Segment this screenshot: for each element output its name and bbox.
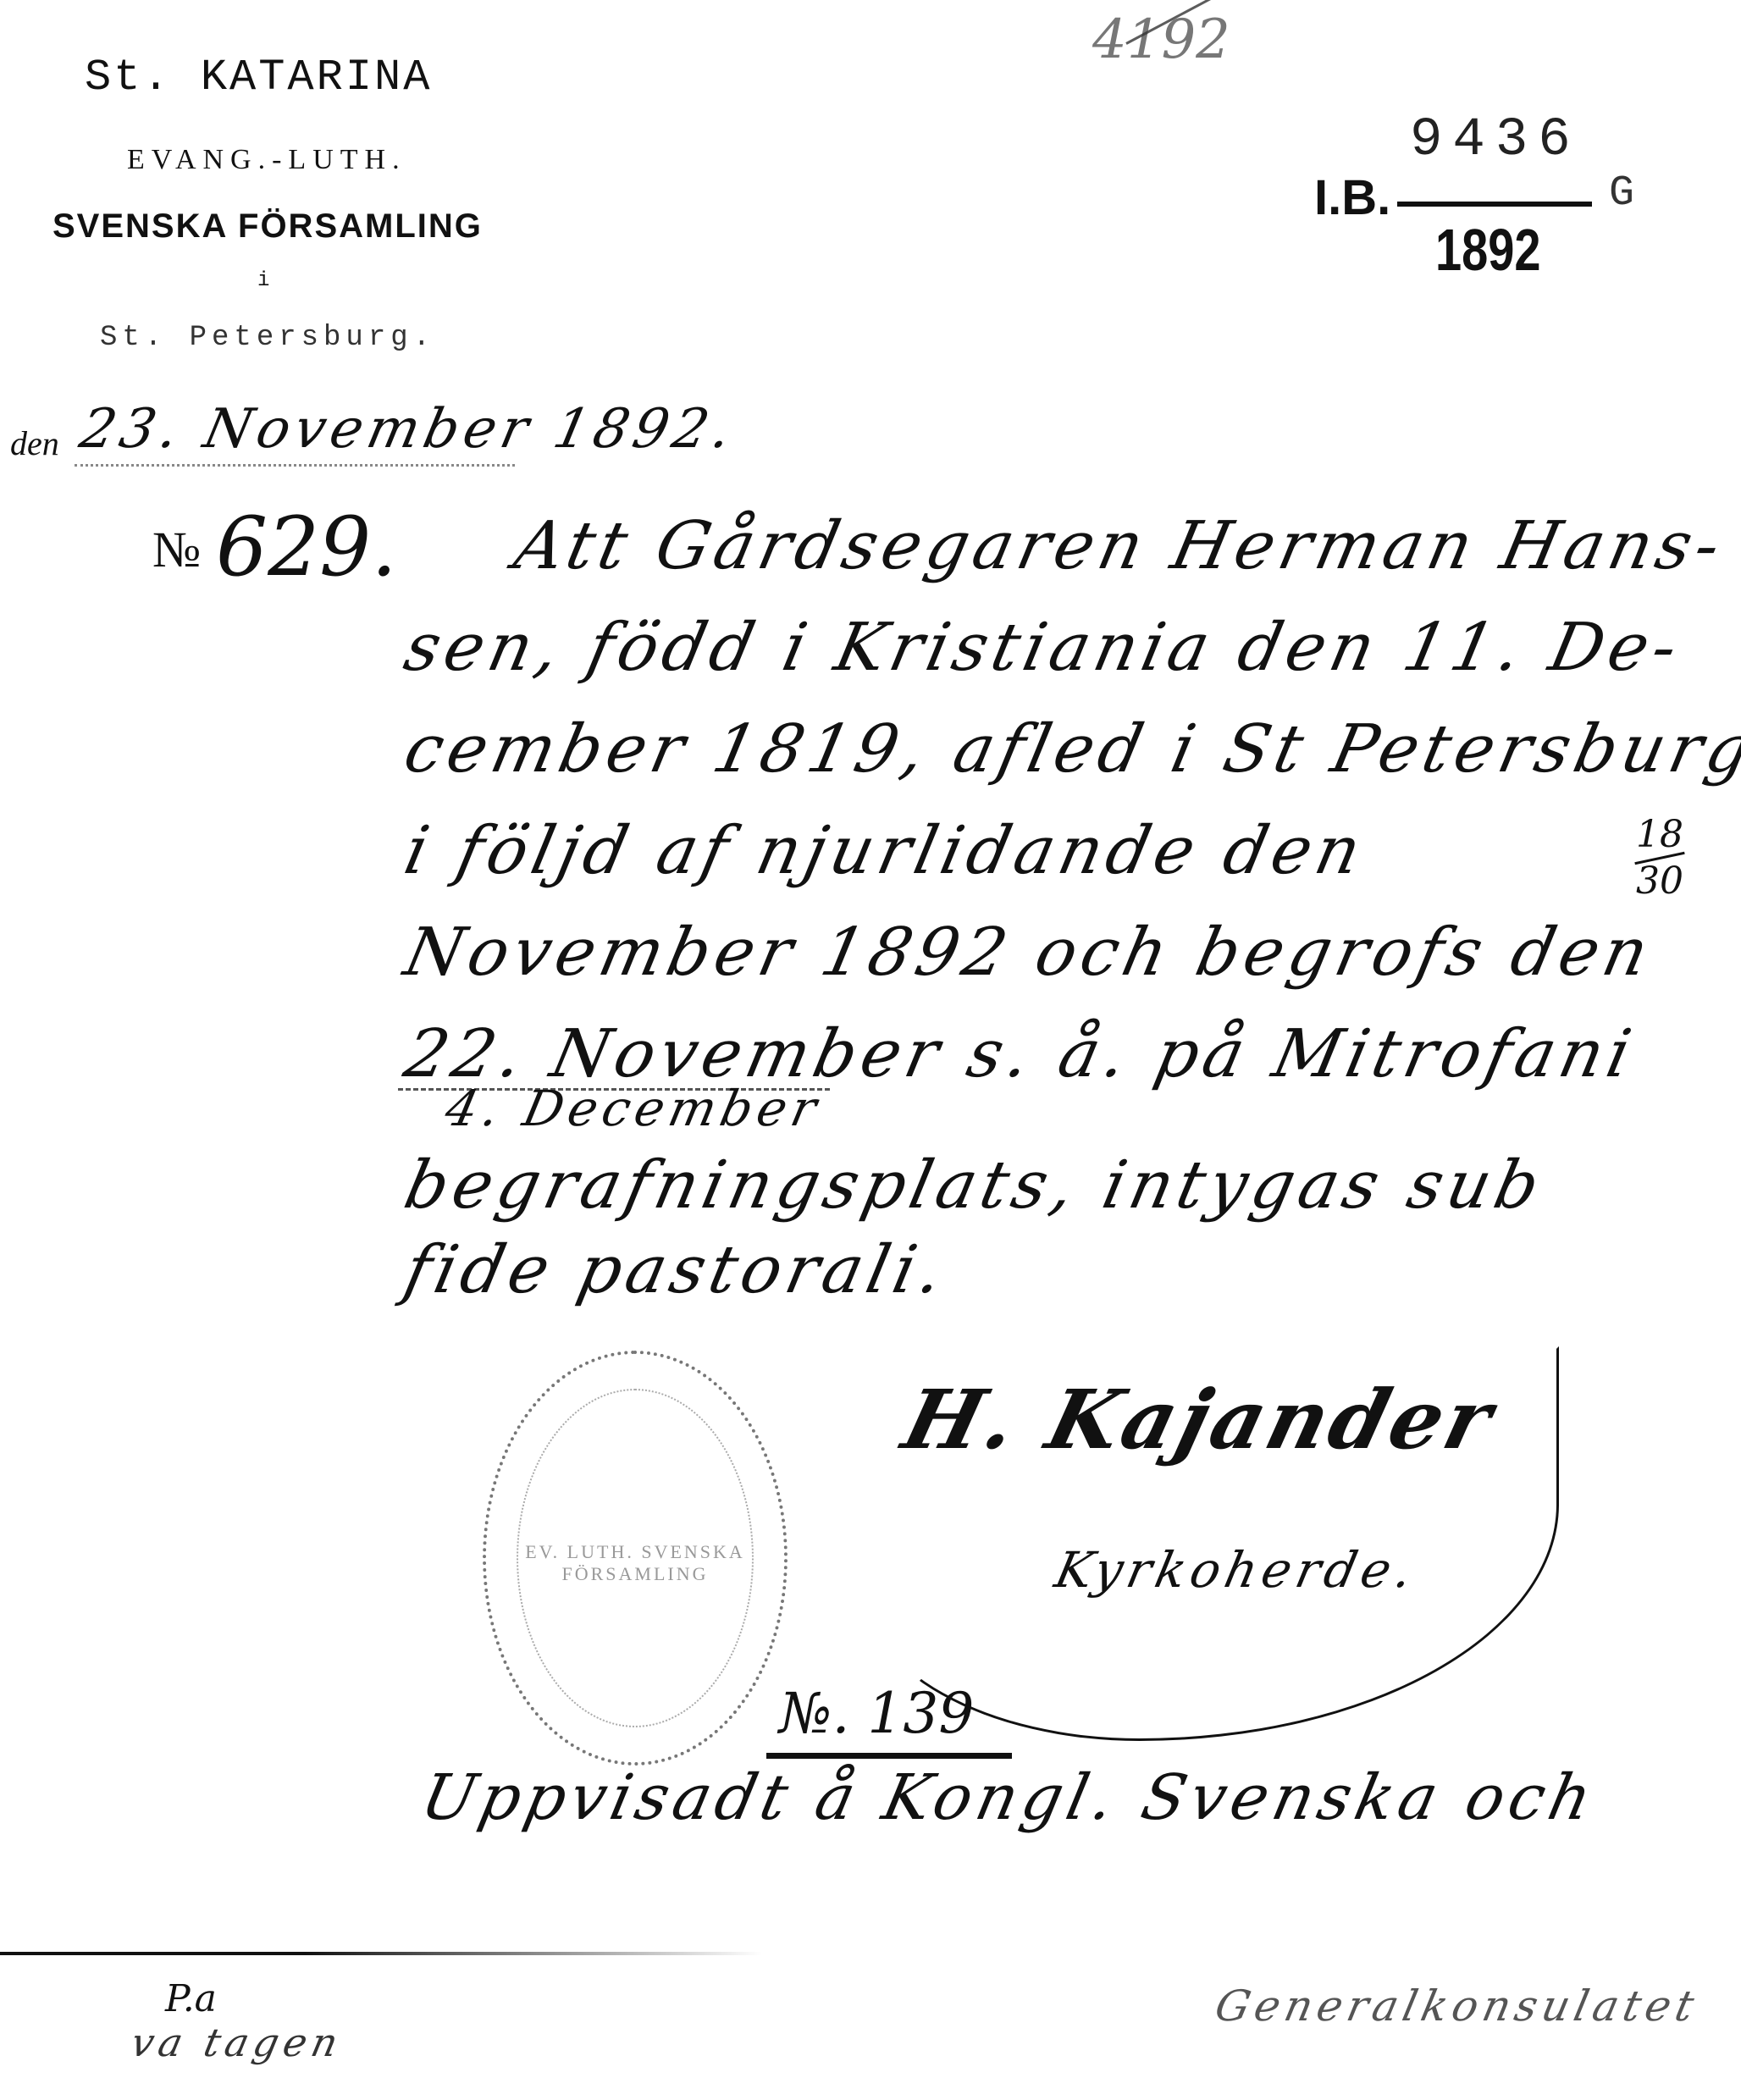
stamp-prefix: I.B.: [1314, 169, 1390, 226]
date-value: 23. November 1892.: [75, 398, 742, 461]
footer-left-superscript: P.a: [165, 1977, 217, 2020]
fraction-numerator: 18: [1636, 813, 1683, 856]
date-label: den: [10, 423, 59, 463]
stamp-suffix: G: [1609, 169, 1634, 218]
pencil-annotation: 4192: [1092, 8, 1230, 71]
letterhead-congregation: SVENSKA FÖRSAMLING: [53, 207, 483, 246]
inserted-note: 4. December: [440, 1080, 826, 1137]
letterhead-preposition: i: [257, 269, 269, 292]
footer-left-text: va tagen: [127, 2020, 347, 2065]
date-fraction: 18 30: [1634, 813, 1685, 904]
signature-title: Kyrkoherde.: [1050, 1541, 1423, 1599]
date-dotted-rule: [75, 464, 515, 467]
stamp-divider: [1397, 202, 1592, 207]
number-sign: №: [152, 521, 201, 579]
signature: H. Kajander: [894, 1372, 1505, 1467]
letterhead-city: St. Petersburg.: [100, 322, 435, 354]
church-seal-text: EV. LUTH. SVENSKA FÖRSAMLING: [508, 1541, 762, 1585]
body-line: begrafningsplats, intygas sub: [398, 1147, 1551, 1224]
letterhead-denomination: EVANG.-LUTH.: [127, 144, 406, 176]
body-line: Att Gårdsegaren Herman Hans-: [508, 508, 1732, 584]
body-line: November 1892 och begrofs den: [398, 915, 1660, 991]
body-line: fide pastorali.: [398, 1232, 954, 1308]
document-number: 629.: [216, 500, 397, 594]
footer-rule: [0, 1952, 762, 1955]
endorsement-text: Uppvisadt å Kongl. Svenska och: [415, 1761, 1603, 1834]
letterhead-church-name: St. KATARINA: [85, 52, 432, 102]
registration-number: №. 139: [779, 1681, 974, 1746]
stamp-registry-number: 9436: [1410, 110, 1581, 171]
fraction-denominator: 30: [1636, 859, 1683, 903]
body-line: i följd af njurlidande den: [398, 813, 1372, 889]
body-line: sen, född i Kristiania den 11. De-: [398, 610, 1688, 686]
body-line: cember 1819, afled i St Petersburg: [398, 711, 1741, 787]
registration-underline: [766, 1753, 1012, 1759]
footer-right-text: Generalkonsulatet: [1211, 1981, 1703, 2031]
stamp-year: 1892: [1435, 216, 1541, 284]
